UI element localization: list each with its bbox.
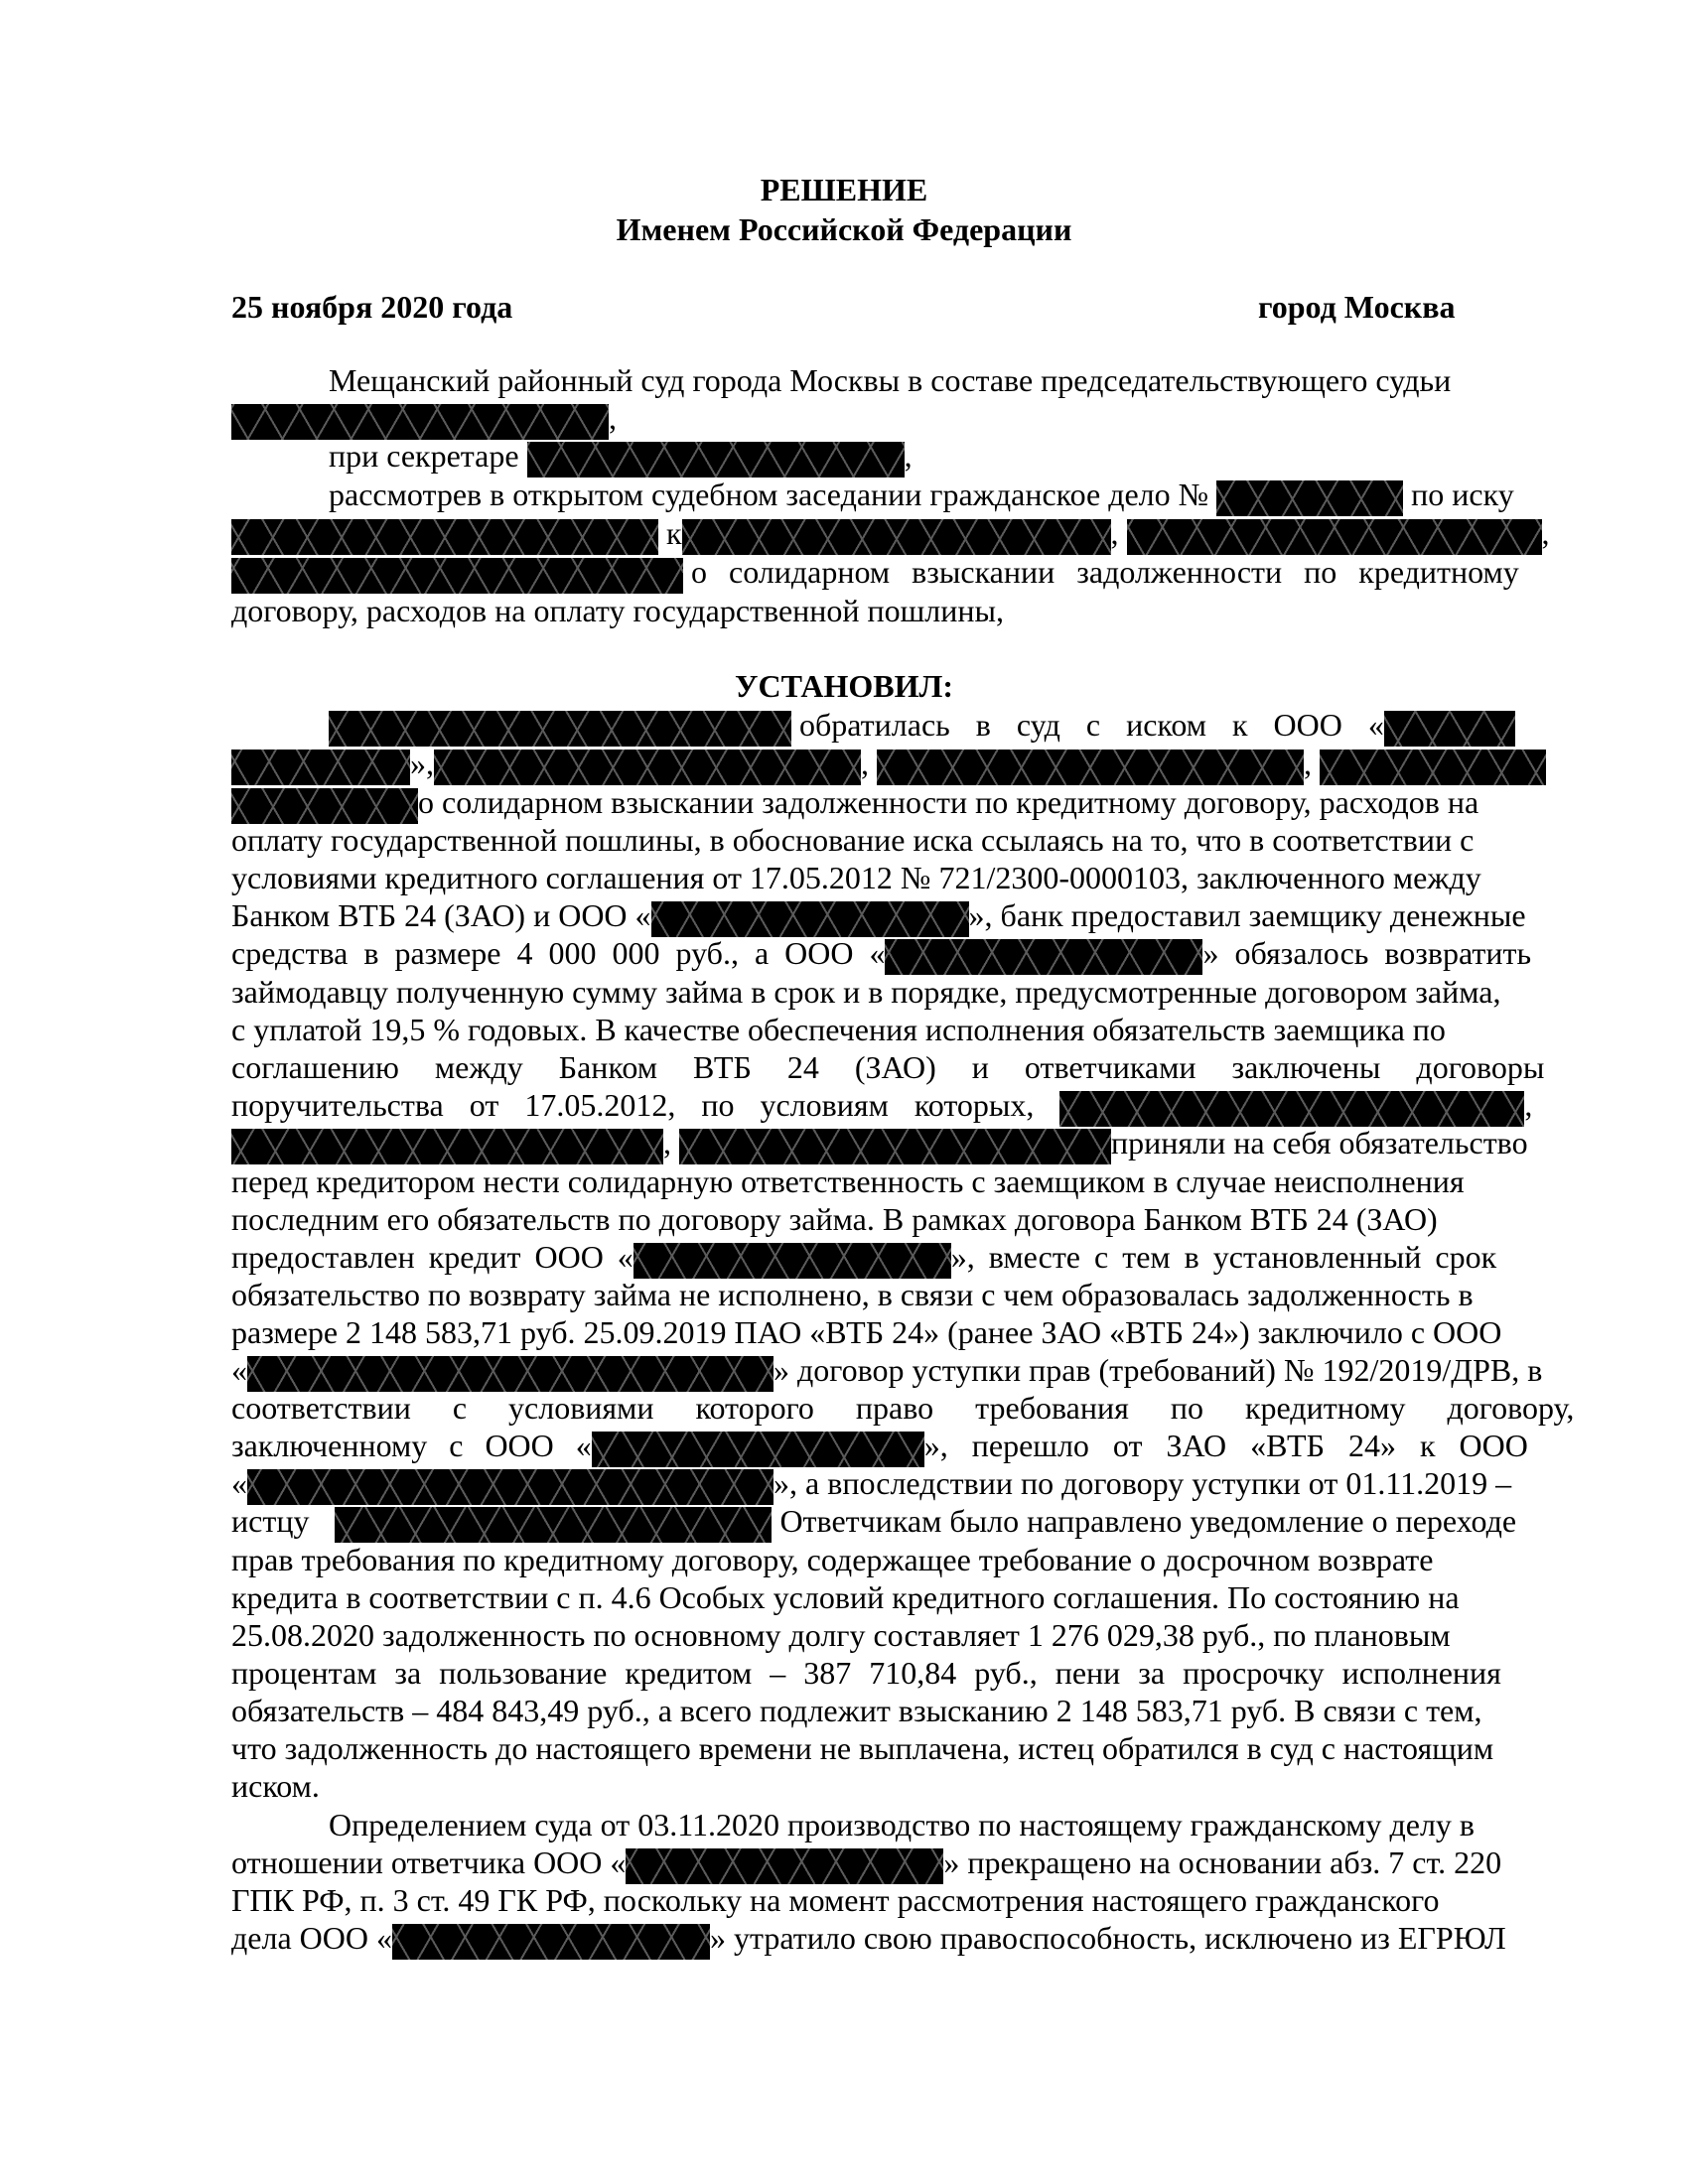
redaction-block bbox=[1320, 750, 1546, 785]
established-text-line: обязательство по возврату займа не испол… bbox=[231, 1276, 1558, 1313]
redaction-block bbox=[633, 1243, 951, 1279]
intro-line-parties: к, , bbox=[231, 514, 1558, 555]
redaction-block bbox=[527, 442, 905, 478]
established-line-plaintiff: истцу Ответчикам было направлено уведомл… bbox=[231, 1502, 1558, 1543]
established-line-2: »,, , bbox=[231, 745, 1558, 785]
established-text-line: соответствии с условиями которого право … bbox=[231, 1389, 1558, 1427]
redaction-block bbox=[434, 750, 861, 785]
ruling-line-1: Определением суда от 03.11.2020 производ… bbox=[329, 1806, 1558, 1843]
redaction-block bbox=[626, 1848, 943, 1884]
intro-line-case: рассмотрев в открытом судебном заседании… bbox=[329, 476, 1558, 516]
decision-city: город Москва bbox=[1258, 288, 1456, 326]
redaction-block bbox=[231, 788, 418, 824]
established-text-line: 25.08.2020 задолженность по основному до… bbox=[231, 1616, 1558, 1654]
redaction-block bbox=[329, 711, 791, 747]
intro-line-last: договору, расходов на оплату государстве… bbox=[231, 592, 1558, 629]
established-text-line: оплату государственной пошлины, в обосно… bbox=[231, 821, 1558, 859]
redaction-block bbox=[231, 404, 609, 440]
section-heading-established: УСТАНОВИЛ: bbox=[0, 667, 1688, 705]
redaction-block bbox=[885, 939, 1202, 975]
established-line-later: «», а впоследствии по договору уступки о… bbox=[231, 1464, 1558, 1505]
established-line-bank: Банком ВТБ 24 (ЗАО) и ООО «», банк предо… bbox=[231, 896, 1558, 937]
established-line-guarantee: поручительства от 17.05.2012, по условия… bbox=[231, 1086, 1558, 1127]
redaction-block bbox=[1059, 1091, 1524, 1127]
redaction-block bbox=[247, 1469, 774, 1505]
intro-line-secretary: при секретаре , bbox=[329, 437, 1655, 478]
intro-line-1: Мещанский районный суд города Москвы в с… bbox=[329, 361, 1558, 399]
established-text-end: иском. bbox=[231, 1767, 1558, 1805]
intro-line-judge: , bbox=[231, 399, 1558, 440]
established-line-credit: предоставлен кредит ООО «», вместе с тем… bbox=[231, 1238, 1558, 1279]
established-line-sum: средства в размере 4 000 000 руб., а ООО… bbox=[231, 934, 1558, 975]
established-line-accepted: , приняли на себя обязательство bbox=[231, 1124, 1558, 1164]
established-line-1: обратилась в суд с иском к ООО « bbox=[231, 706, 1558, 747]
redaction-block bbox=[335, 1507, 772, 1543]
established-line-3: о солидарном взыскании задолженности по … bbox=[231, 783, 1558, 824]
redaction-block bbox=[877, 750, 1304, 785]
established-text-line: обязательств – 484 843,49 руб., а всего … bbox=[231, 1692, 1558, 1729]
established-text-line: что задолженность до настоящего времени … bbox=[231, 1729, 1558, 1767]
redaction-block bbox=[231, 750, 410, 785]
established-line-concluded: заключенному с ООО «», перешло от ЗАО «В… bbox=[231, 1427, 1558, 1467]
established-text-line: соглашению между Банком ВТБ 24 (ЗАО) и о… bbox=[231, 1048, 1558, 1086]
redaction-block bbox=[231, 1129, 663, 1164]
redaction-block bbox=[679, 1129, 1111, 1164]
redaction-block bbox=[247, 1356, 774, 1392]
redaction-block bbox=[1127, 519, 1542, 555]
ruling-line-3: ГПК РФ, п. 3 ст. 49 ГК РФ, поскольку на … bbox=[231, 1881, 1558, 1919]
established-text-line: последним его обязательств по договору з… bbox=[231, 1200, 1558, 1238]
ruling-line-2: отношении ответчика ООО «» прекращено на… bbox=[231, 1843, 1558, 1884]
court-decision-page: РЕШЕНИЕ Именем Российской Федерации 25 н… bbox=[0, 0, 1688, 2184]
established-text-line: с уплатой 19,5 % годовых. В качестве обе… bbox=[231, 1011, 1558, 1048]
intro-line-subject: о солидарном взыскании задолженности по … bbox=[231, 553, 1558, 594]
redaction-block bbox=[1216, 480, 1403, 516]
redaction-block bbox=[592, 1432, 924, 1467]
document-title: РЕШЕНИЕ bbox=[0, 171, 1688, 208]
established-line-assignment: «» договор уступки прав (требований) № 1… bbox=[231, 1351, 1558, 1392]
established-text-line: прав требования по кредитному договору, … bbox=[231, 1541, 1558, 1578]
redaction-block bbox=[231, 558, 683, 594]
established-text-line: займодавцу полученную сумму займа в срок… bbox=[231, 973, 1558, 1011]
established-text-line: процентам за пользование кредитом – 387 … bbox=[231, 1654, 1558, 1692]
established-text-line: кредита в соответствии с п. 4.6 Особых у… bbox=[231, 1578, 1558, 1616]
redaction-block bbox=[392, 1924, 710, 1960]
established-text-line: условиями кредитного соглашения от 17.05… bbox=[231, 859, 1558, 896]
redaction-block bbox=[682, 519, 1111, 555]
ruling-line-4: дела ООО «» утратило свою правоспособнос… bbox=[231, 1919, 1558, 1960]
redaction-block bbox=[1384, 711, 1515, 747]
established-text-line: перед кредитором нести солидарную ответс… bbox=[231, 1162, 1558, 1200]
redaction-block bbox=[231, 519, 658, 555]
document-subtitle: Именем Российской Федерации bbox=[0, 210, 1688, 248]
established-text-line: размере 2 148 583,71 руб. 25.09.2019 ПАО… bbox=[231, 1313, 1558, 1351]
redaction-block bbox=[651, 901, 969, 937]
